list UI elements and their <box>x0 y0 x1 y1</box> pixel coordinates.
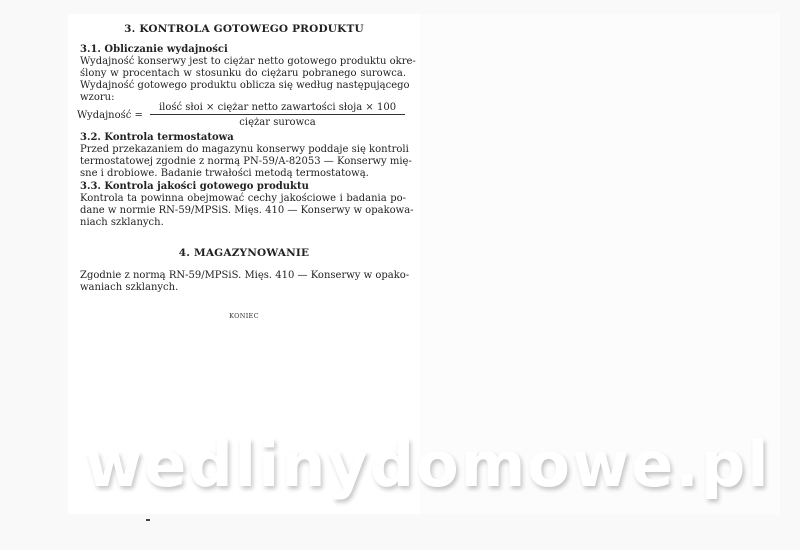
text-line: termostatowej zgodnie z normą PN-59/A-82… <box>80 156 406 168</box>
text-line: Wydajność konserwy jest to ciężar netto … <box>80 56 406 68</box>
section-4-body: Zgodnie z normą RN-59/MPSiS. Mięs. 410 —… <box>80 270 406 294</box>
text-line: Przed przekazaniem do magazynu konserwy … <box>80 144 406 156</box>
text-line: Wydajność gotowego produktu oblicza się … <box>80 80 406 92</box>
section-3-title: 3. KONTROLA GOTOWEGO PRODUKTU <box>68 23 420 35</box>
section-3-2-body: Przed przekazaniem do magazynu konserwy … <box>80 144 406 180</box>
text-line: Zgodnie z normą RN-59/MPSiS. Mięs. 410 —… <box>80 270 406 282</box>
text-line: ślony w procentach w stosunku do ciężaru… <box>80 68 406 80</box>
text-line: sne i drobiowe. Badanie trwałości metodą… <box>80 168 406 180</box>
section-3-1-heading: 3.1. Obliczanie wydajności <box>80 44 228 55</box>
formula-lhs: Wydajność = <box>77 110 143 121</box>
section-3-3-heading: 3.3. Kontrola jakości gotowego produktu <box>80 181 309 192</box>
yield-formula: Wydajność = ilość słoi × ciężar netto za… <box>77 102 407 132</box>
section-3-3-body: Kontrola ta powinna obejmować cechy jako… <box>80 193 406 229</box>
watermark: wedlinydomowe.pl <box>85 428 725 501</box>
end-mark: KONIEC <box>68 312 420 320</box>
text-line: niach szklanych. <box>80 217 406 229</box>
section-4-title: 4. MAGAZYNOWANIE <box>68 247 420 259</box>
text-line: Kontrola ta powinna obejmować cechy jako… <box>80 193 406 205</box>
section-3-2-heading: 3.2. Kontrola termostatowa <box>80 132 234 143</box>
formula-numerator: ilość słoi × ciężar netto zawartości sło… <box>150 102 405 115</box>
scan-speck <box>146 519 150 521</box>
text-line: waniach szklanych. <box>80 282 406 294</box>
text-line: dane w normie RN-59/MPSiS. Mięs. 410 — K… <box>80 205 406 217</box>
section-3-1-body: Wydajność konserwy jest to ciężar netto … <box>80 56 406 104</box>
formula-denominator: ciężar surowca <box>150 117 405 128</box>
